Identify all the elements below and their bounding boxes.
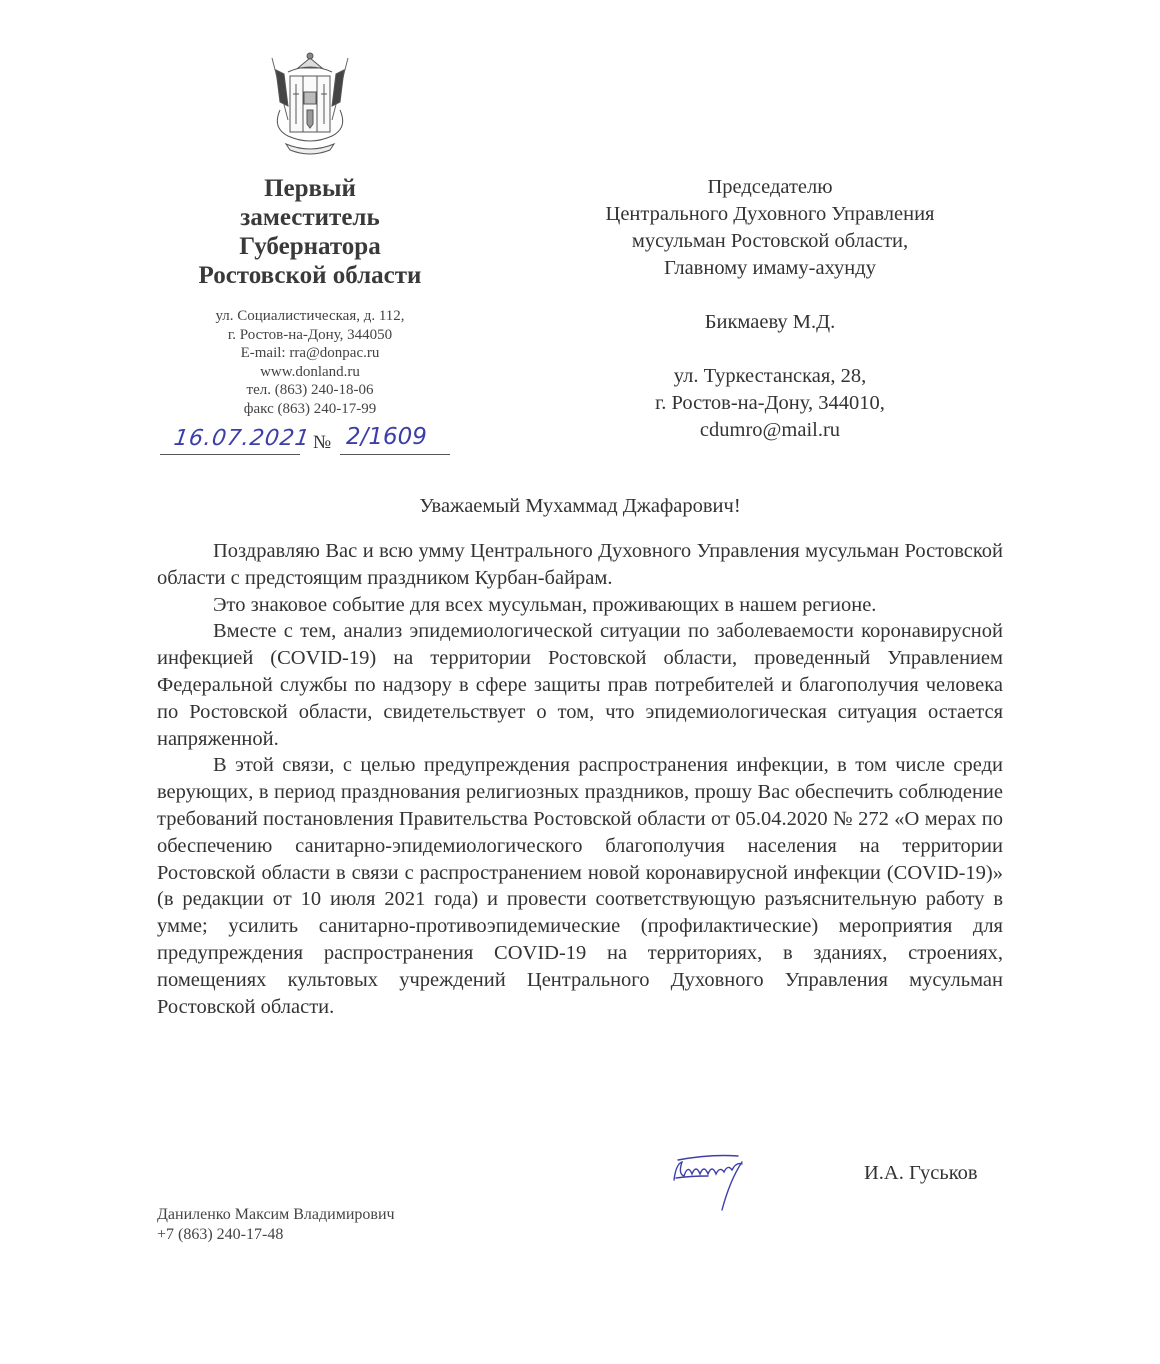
executor-info: Даниленко Максим Владимирович +7 (863) 2…: [157, 1205, 395, 1245]
paragraph: Вместе с тем, анализ эпидемиологической …: [157, 618, 1003, 752]
paragraph: Поздравляю Вас и всю умму Центрального Д…: [157, 538, 1003, 592]
registration-date: 16.07.2021: [172, 426, 304, 451]
paragraph: Это знаковое событие для всех мусульман,…: [157, 592, 1003, 619]
addressee-position-line: Председателю: [560, 174, 980, 201]
spacer: [560, 282, 980, 309]
addressee-email: cdumro@mail.ru: [560, 417, 980, 444]
sender-title-line: Ростовской области: [150, 261, 470, 290]
addressee-city: г. Ростов-на-Дону, 344010,: [560, 390, 980, 417]
spacer: [560, 336, 980, 363]
registration-line: 16.07.2021 № 2/1609: [160, 424, 450, 460]
addressee-position-line: Центрального Духовного Управления: [560, 201, 980, 228]
date-underline: [160, 454, 300, 455]
sender-street: ул. Социалистическая, д. 112,: [150, 307, 470, 326]
number-underline: [340, 454, 450, 455]
registration-number: 2/1609: [346, 424, 446, 450]
signature-icon: [660, 1150, 790, 1215]
addressee-street: ул. Туркестанская, 28,: [560, 363, 980, 390]
sender-title: Первый заместитель Губернатора Ростовско…: [150, 174, 470, 290]
sender-phone: тел. (863) 240-18-06: [150, 381, 470, 400]
sender-website: www.donland.ru: [150, 363, 470, 382]
number-sign: №: [313, 432, 331, 454]
addressee-name: Бикмаеву М.Д.: [560, 309, 980, 336]
salutation: Уважаемый Мухаммад Джафарович!: [150, 495, 1010, 518]
sender-title-line: Первый: [150, 174, 470, 203]
letter-body: Поздравляю Вас и всю умму Центрального Д…: [157, 538, 1003, 1020]
addressee-position-line: Главному имаму-ахунду: [560, 255, 980, 282]
coat-of-arms-icon: [258, 50, 362, 168]
addressee-position-line: мусульман Ростовской области,: [560, 228, 980, 255]
paragraph: В этой связи, с целью предупреждения рас…: [157, 752, 1003, 1020]
handwritten-signature: [660, 1150, 790, 1215]
sender-title-line: Губернатора: [150, 232, 470, 261]
coat-of-arms-emblem: [258, 50, 362, 168]
sender-fax: факс (863) 240-17-99: [150, 400, 470, 419]
addressee-block: Председателю Центрального Духовного Упра…: [560, 174, 980, 444]
sender-email: E-mail: rra@donpac.ru: [150, 344, 470, 363]
executor-name: Даниленко Максим Владимирович: [157, 1205, 395, 1225]
sender-title-line: заместитель: [150, 203, 470, 232]
sender-city: г. Ростов-на-Дону, 344050: [150, 326, 470, 345]
sender-address: ул. Социалистическая, д. 112, г. Ростов-…: [150, 307, 470, 418]
signer-name: И.А. Гуськов: [864, 1162, 978, 1185]
executor-phone: +7 (863) 240-17-48: [157, 1225, 395, 1245]
